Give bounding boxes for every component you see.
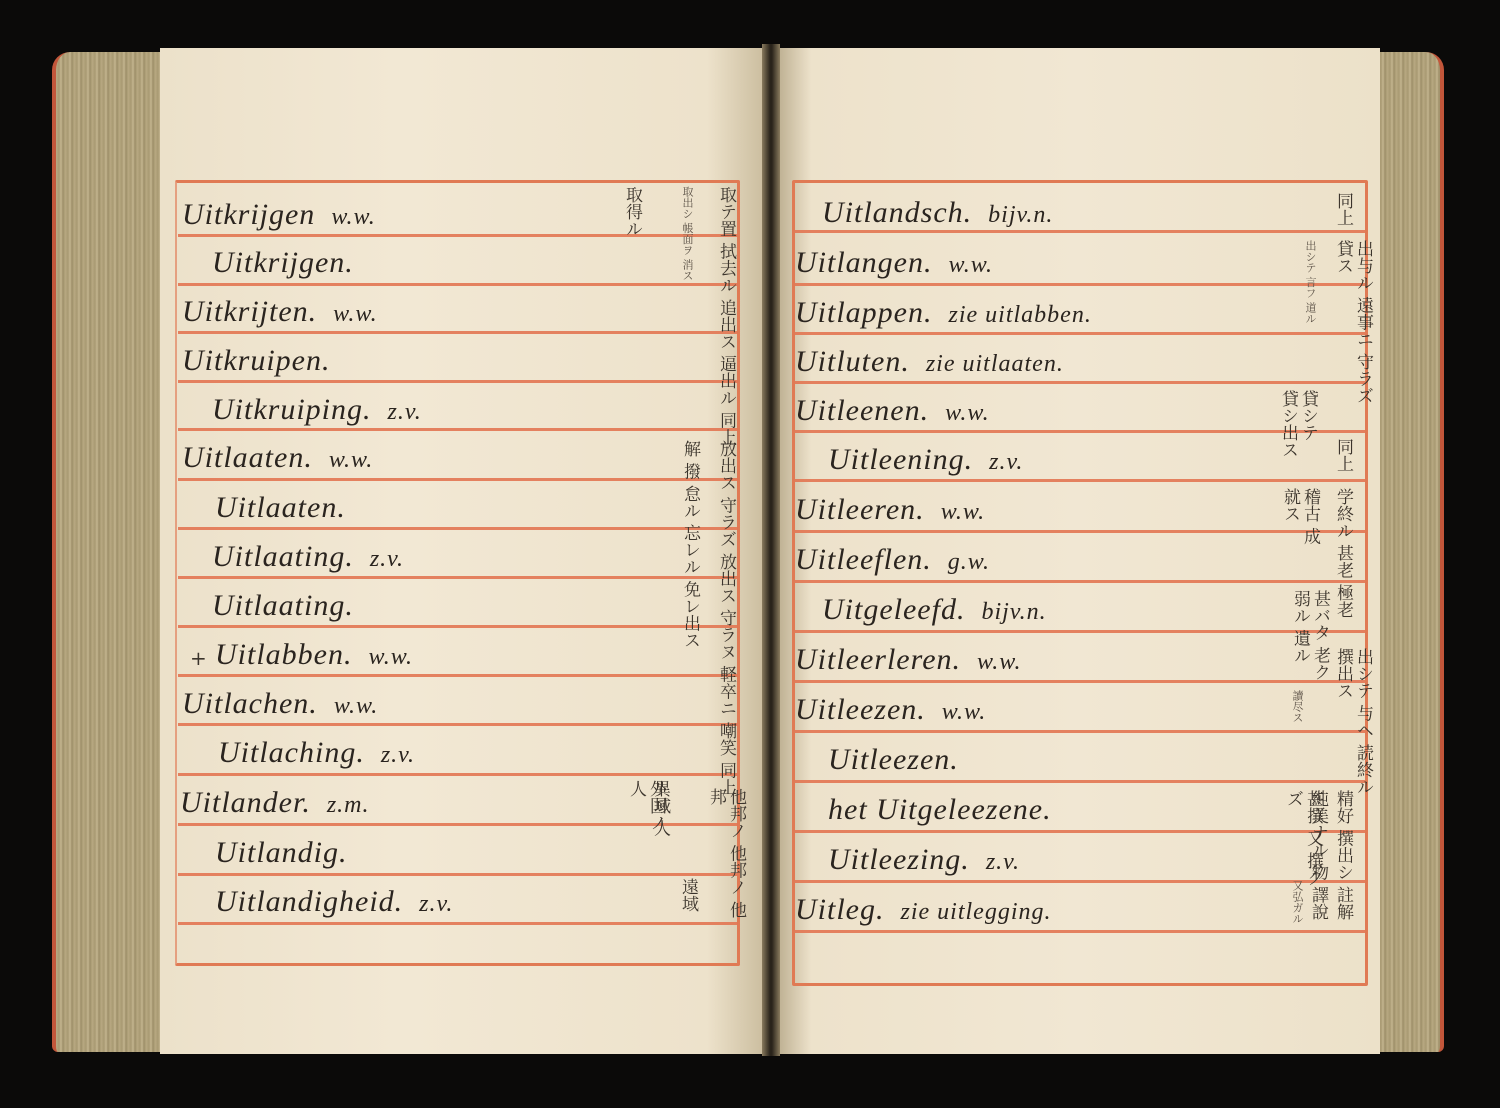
ruled-line (178, 331, 738, 334)
entry-word: Uitlaaten. (182, 441, 313, 474)
grammar-label: zie uitlabben. (949, 302, 1092, 328)
ruled-line (795, 780, 1365, 783)
ruled-line (178, 283, 738, 286)
entry-word: Uitlangen. (795, 246, 933, 279)
japanese-gloss: 出シテ 言フ 道ル (1303, 240, 1317, 350)
dictionary-entry: Uitlachen.w.w. (182, 687, 378, 721)
dictionary-entry: Uitleg.zie uitlegging. (795, 893, 1051, 927)
left-page-edges (52, 52, 166, 1052)
entry-word: Uitkrijten. (182, 295, 317, 328)
dictionary-entry: Uitlandigheid.z.v. (215, 885, 453, 919)
dictionary-entry: Uitlabben.w.w. (215, 638, 413, 672)
ruled-line (795, 880, 1365, 883)
japanese-gloss: 解 撥 怠ル 忘レル 免レ出ス (680, 440, 700, 690)
entry-word: Uitleerleren. (795, 643, 961, 676)
dictionary-entry: Uitlandig. (215, 836, 348, 870)
ruled-line (178, 428, 738, 431)
ruled-line (178, 625, 738, 628)
japanese-gloss: 同上 (1333, 438, 1353, 478)
grammar-label: z.v. (370, 546, 404, 572)
dictionary-entry: Uitlander.z.m. (180, 786, 370, 820)
right-page-edges (1378, 52, 1444, 1052)
japanese-gloss: 外国ノ 人 (626, 780, 666, 840)
dictionary-entry: Uitkruipen. (182, 344, 330, 378)
grammar-label: w.w. (334, 693, 378, 719)
entry-word: Uitleenen. (795, 394, 929, 427)
dictionary-entry: Uitlangen.w.w. (795, 246, 993, 280)
entry-word: Uitkruipen. (182, 344, 330, 377)
grammar-label: z.v. (986, 849, 1020, 875)
grammar-label: g.w. (948, 549, 990, 575)
ruled-line (795, 930, 1365, 933)
ruled-line (795, 730, 1365, 733)
entry-word: Uitleezing. (828, 843, 970, 876)
ruled-line (795, 680, 1365, 683)
dictionary-entry: Uitlaching.z.v. (218, 736, 415, 770)
entry-word: Uitlaaten. (215, 491, 346, 524)
dictionary-entry: Uitlaating.z.v. (212, 540, 404, 574)
entry-word: Uitlandigheid. (215, 885, 403, 918)
grammar-label: bijv.n. (988, 202, 1053, 228)
ruled-line (178, 773, 738, 776)
grammar-label: w.w. (333, 301, 377, 327)
dictionary-entry: Uitleezing.z.v. (828, 843, 1020, 877)
entry-word: Uitkrijgen (182, 198, 315, 231)
ruled-line (795, 230, 1365, 233)
book-gutter (762, 44, 780, 1056)
grammar-label: w.w. (369, 644, 413, 670)
grammar-label: w.w. (329, 447, 373, 473)
grammar-label: z.v. (419, 891, 453, 917)
grammar-label: w.w. (331, 204, 375, 230)
grammar-label: z.m. (327, 792, 370, 818)
dictionary-entry: Uitleezen.w.w. (795, 693, 986, 727)
dictionary-entry: Uitlappen.zie uitlabben. (795, 296, 1092, 330)
dictionary-entry: Uitleening.z.v. (828, 443, 1023, 477)
dictionary-entry: Uitleeflen.g.w. (795, 543, 990, 577)
entry-word: Uitlander. (180, 786, 311, 819)
ruled-line (178, 723, 738, 726)
ruled-line (795, 283, 1365, 286)
entry-word: Uitgeleefd. (822, 593, 965, 626)
ruled-line (178, 922, 738, 925)
ruled-line (178, 873, 738, 876)
ruled-line (178, 674, 738, 677)
ruled-line (795, 332, 1365, 335)
dictionary-entry: Uitkrijgenw.w. (182, 198, 376, 232)
entry-word: Uitlaching. (218, 736, 365, 769)
ruled-line (178, 478, 738, 481)
grammar-label: zie uitlegging. (901, 899, 1052, 925)
entry-word: Uitleezen. (828, 743, 959, 776)
dictionary-entry: Uitkrijten.w.w. (182, 295, 378, 329)
grammar-label: z.v. (388, 399, 422, 425)
ruled-line (178, 576, 738, 579)
grammar-label: w.w. (945, 400, 989, 426)
japanese-gloss: 他邦ノ 他邦ノ 他邦 (706, 788, 746, 928)
japanese-gloss: 同上 (1333, 192, 1353, 232)
grammar-label: w.w. (941, 499, 985, 525)
japanese-gloss: 貸シテ 貸シ出ス (1278, 390, 1318, 460)
japanese-gloss: 学終ル 甚老 極老 (1333, 488, 1353, 648)
dictionary-entry: Uitleenen.w.w. (795, 394, 990, 428)
japanese-gloss: 稽古 成就ス (1280, 488, 1320, 558)
dictionary-entry: Uitlaaten.w.w. (182, 441, 373, 475)
grammar-label: w.w. (977, 649, 1021, 675)
entry-word: Uitkrijgen. (212, 246, 354, 279)
dictionary-entry: Uitkrijgen. (212, 246, 354, 280)
japanese-gloss: 讀尽ス (1290, 690, 1304, 750)
ruled-line (795, 830, 1365, 833)
dictionary-entry: Uitleerleren.w.w. (795, 643, 1021, 677)
japanese-gloss: 取出シ 帳面ヲ 消ス (680, 186, 694, 346)
dictionary-entry: Uitlaating. (212, 589, 354, 623)
entry-word: Uitkruiping. (212, 393, 372, 426)
entry-word: het Uitgeleezene. (828, 793, 1052, 826)
grammar-label: w.w. (942, 699, 986, 725)
dictionary-entry: Uitkruiping.z.v. (212, 393, 422, 427)
entry-word: Uitlabben. (215, 638, 353, 671)
entry-word: Uitleg. (795, 893, 885, 926)
japanese-gloss: 取得ル (622, 186, 642, 286)
japanese-gloss: 遠域 (678, 878, 698, 928)
ruled-line (178, 234, 738, 237)
japanese-gloss: 出与ル 遠事ニ 守ラズ 貸ス (1333, 240, 1373, 410)
cross-marker: + (190, 646, 207, 670)
dictionary-entry: het Uitgeleezene. (828, 793, 1052, 827)
japanese-gloss: 精好 撰出シ 註解 (1333, 790, 1353, 930)
ruled-line (178, 527, 738, 530)
ruled-line (178, 380, 738, 383)
ruled-line (795, 580, 1365, 583)
japanese-gloss: 出シテ 与ヘ 読終ル 撰出ス (1333, 648, 1373, 798)
entry-word: Uitlaating. (212, 589, 354, 622)
grammar-label: bijv.n. (981, 599, 1046, 625)
entry-word: Uitlandsch. (822, 196, 972, 229)
entry-word: Uitlaating. (212, 540, 354, 573)
grammar-label: z.v. (381, 742, 415, 768)
grammar-label: zie uitlaaten. (926, 351, 1064, 377)
entry-word: Uitluten. (795, 345, 910, 378)
grammar-label: w.w. (949, 252, 993, 278)
entry-word: Uitleeflen. (795, 543, 932, 576)
entry-word: Uitleeren. (795, 493, 925, 526)
entry-word: Uitleening. (828, 443, 973, 476)
japanese-gloss: 甚撰 又 撰クズ (1283, 790, 1323, 890)
entry-word: Uitlandig. (215, 836, 348, 869)
dictionary-entry: Uitlandsch.bijv.n. (822, 196, 1053, 230)
dictionary-entry: Uitleeren.w.w. (795, 493, 985, 527)
dictionary-entry: Uitgeleefd.bijv.n. (822, 593, 1047, 627)
dictionary-entry: Uitlaaten. (215, 491, 346, 525)
dictionary-entry: Uitluten.zie uitlaaten. (795, 345, 1064, 379)
japanese-gloss: 甚バタ 老ク 弱ル 遺ル (1290, 590, 1330, 700)
japanese-gloss: 又弘ガル (1290, 880, 1304, 930)
entry-word: Uitlachen. (182, 687, 318, 720)
ruled-line (795, 479, 1365, 482)
dictionary-entry: Uitleezen. (828, 743, 959, 777)
entry-word: Uitlappen. (795, 296, 933, 329)
grammar-label: z.v. (989, 449, 1023, 475)
open-book: Uitkrijgenw.w. Uitkrijgen. Uitkrijten.w.… (0, 0, 1500, 1108)
entry-word: Uitleezen. (795, 693, 926, 726)
ruled-line (795, 381, 1365, 384)
ruled-line (795, 630, 1365, 633)
